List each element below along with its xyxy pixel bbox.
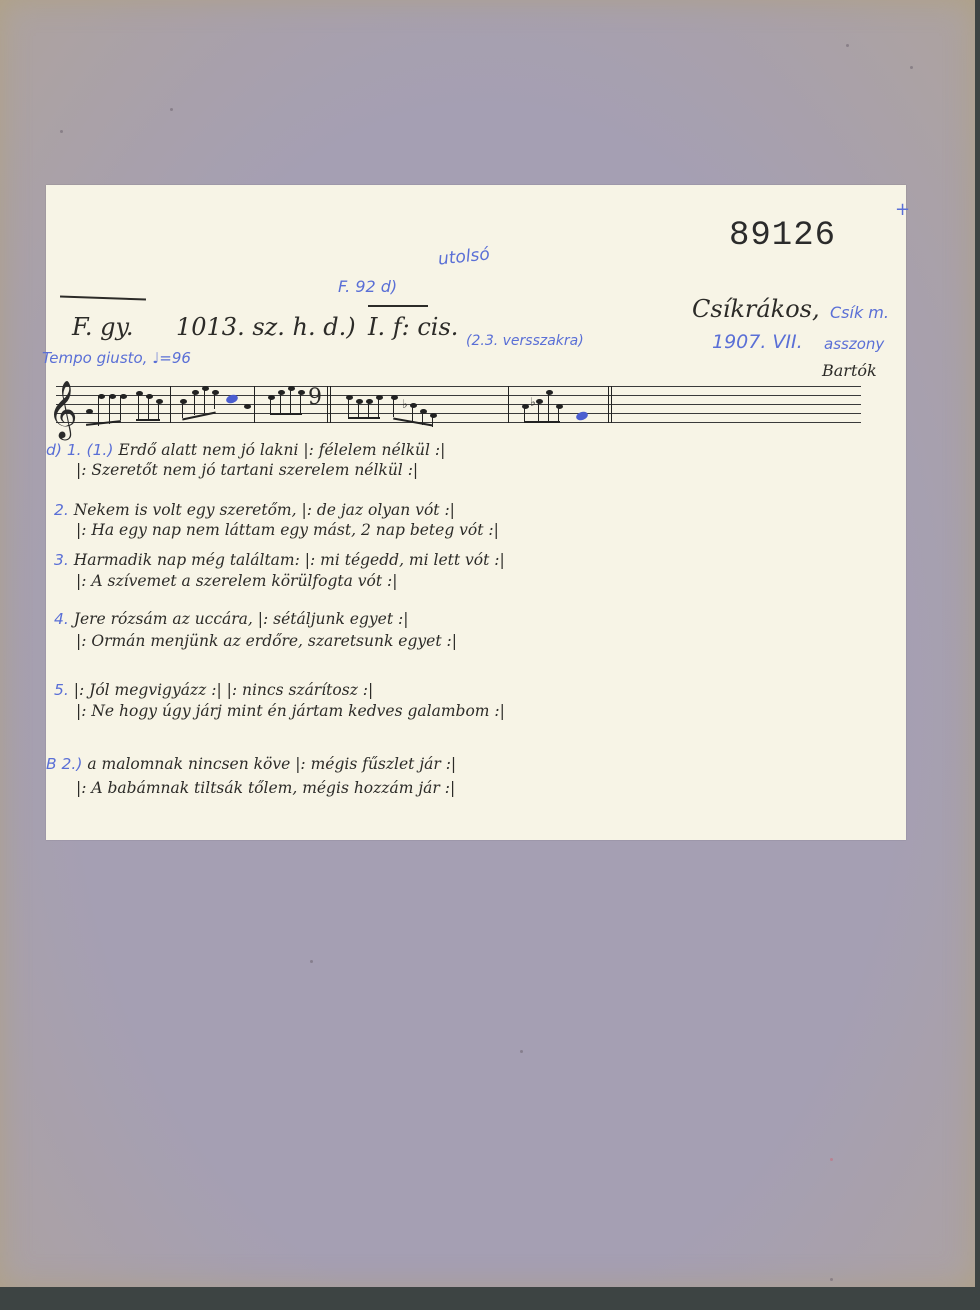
verse-3-line-2: |: A szívemet a szerelem körülfogta vót …: [76, 572, 397, 590]
verse-4-line-2: |: Ormán menjünk az erdőre, szaretsunk e…: [76, 632, 457, 650]
corner-mark: +: [895, 199, 910, 220]
verse-number: 2.: [54, 501, 69, 519]
verse-line-1: Erdő alatt nem jó lakni |: félelem nélkü…: [118, 441, 445, 459]
recording-date: 1907. VII.: [712, 331, 803, 353]
verse-5-line-2: |: Ne hogy úgy járj mint én jártam kedve…: [76, 702, 505, 720]
location-county: Csík m.: [830, 303, 889, 322]
paper-speck: [310, 960, 313, 963]
header-number: 1013. sz. h. d.): [176, 313, 356, 341]
music-staff: [56, 386, 861, 426]
verse-number: 5.: [54, 681, 69, 699]
paper-speck: [846, 44, 849, 47]
verse-5: 5. |: Jól megvigyázz :| |: nincs száríto…: [54, 681, 373, 699]
header-key: I. f: cis.: [368, 313, 458, 341]
verse-3: 3. Harmadik nap még találtam: |: mi tége…: [54, 551, 505, 569]
location-place: Csíkrákos,: [692, 295, 820, 323]
paper-speck: [60, 130, 63, 133]
manuscript-card: 89126 + utolsó F. 92 d) F. gy. 1013. sz.…: [46, 185, 906, 840]
header-overline: [60, 295, 146, 300]
paper-speck: [830, 1278, 833, 1281]
archive-mounting-board: 89126 + utolsó F. 92 d) F. gy. 1013. sz.…: [0, 0, 975, 1287]
header-source: F. gy.: [72, 313, 134, 341]
verse-number: B 2.): [46, 755, 82, 773]
tempo-marking: Tempo giusto, ♩=96: [42, 349, 191, 367]
verse-2-line-2: |: Ha egy nap nem láttam egy mást, 2 nap…: [76, 521, 499, 539]
paper-speck: [830, 1158, 833, 1161]
annotation-utolso: utolsó: [437, 244, 491, 269]
verse-line-1: Harmadik nap még találtam: |: mi tégedd,…: [74, 551, 505, 569]
verse-1: d) 1. (1.) Erdő alatt nem jó lakni |: fé…: [46, 441, 445, 459]
verse-b2: B 2.) a malomnak nincsen köve |: mégis f…: [46, 755, 456, 773]
verse-number: 3.: [54, 551, 69, 569]
paper-speck: [910, 66, 913, 69]
verse-4: 4. Jere rózsám az uccára, |: sétáljunk e…: [54, 610, 408, 628]
annotation-reference: F. 92 d): [338, 277, 397, 296]
verse-b2-line-2: |: A babámnak tiltsák tőlem, mégis hozzá…: [76, 779, 455, 797]
annotation-verse-note: (2.3. versszakra): [466, 333, 584, 349]
verse-number: d) 1. (1.): [46, 441, 113, 459]
treble-clef-icon: 𝄞: [48, 380, 78, 439]
catalog-number: 89126: [729, 217, 836, 255]
verse-1-line-2: |: Szeretőt nem jó tartani szerelem nélk…: [76, 461, 418, 479]
verse-number: 4.: [54, 610, 69, 628]
singer: asszony: [824, 335, 884, 353]
key-overline: [368, 305, 428, 307]
paper-speck: [520, 1050, 523, 1053]
verse-line-1: a malomnak nincsen köve |: mégis fűszlet…: [87, 755, 456, 773]
verse-line-1: Jere rózsám az uccára, |: sétáljunk egye…: [74, 610, 409, 628]
verse-line-1: Nekem is volt egy szeretőm, |: de jaz ol…: [74, 501, 455, 519]
verse-line-1: |: Jól megvigyázz :| |: nincs szárítosz …: [74, 681, 374, 699]
collector-signature: Bartók: [822, 361, 877, 380]
verse-2: 2. Nekem is volt egy szeretőm, |: de jaz…: [54, 501, 455, 519]
paper-speck: [170, 108, 173, 111]
